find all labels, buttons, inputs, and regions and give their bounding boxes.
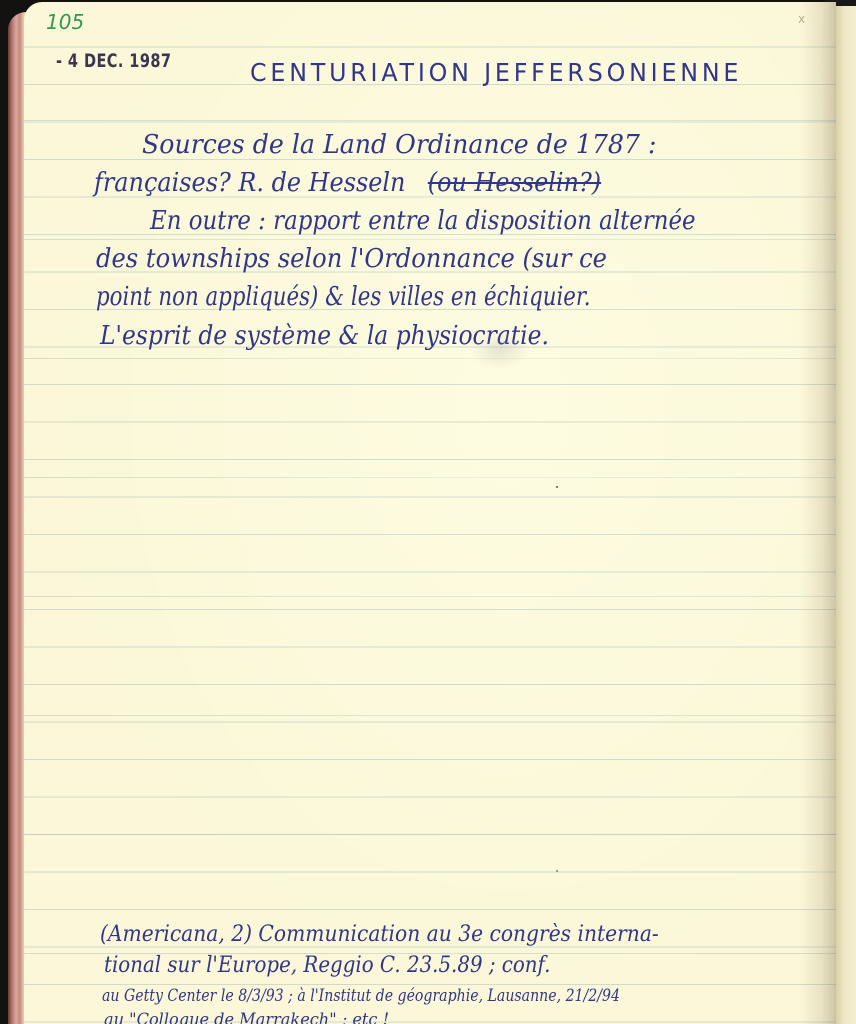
body-line-2: françaises? R. de Hesseln (ou Hesselin?)	[94, 168, 601, 198]
page-title: CENTURIATION JEFFERSONIENNE	[250, 58, 742, 87]
paper-speck	[556, 870, 558, 872]
paper-speck	[556, 486, 558, 488]
corner-mark: x	[798, 12, 805, 26]
footer-note-line-1: (Americana, 2) Communication au 3e congr…	[100, 922, 659, 947]
body-line-2-text: françaises? R. de Hesseln	[94, 168, 405, 198]
footer-note-line-2: tional sur l'Europe, Reggio C. 23.5.89 ;…	[104, 953, 550, 978]
body-line-4: des townships selon l'Ordonnance (sur ce	[96, 244, 607, 274]
body-line-1: Sources de la Land Ordinance de 1787 :	[142, 130, 656, 160]
body-line-3: En outre : rapport entre la disposition …	[150, 206, 696, 236]
page-number: 105	[46, 10, 84, 34]
footer-note-line-3: au Getty Center le 8/3/93 ; à l'Institut…	[102, 986, 620, 1006]
date-stamp: - 4 DEC. 1987	[56, 50, 171, 72]
struck-out-text: (ou Hesselin?)	[428, 168, 601, 198]
page-gutter-shadow	[800, 2, 836, 1024]
facing-page-edge	[836, 6, 856, 1024]
footer-note-line-4: au "Colloque de Marrakech" ; etc !	[104, 1010, 389, 1024]
body-line-5: point non appliqués) & les villes en éch…	[96, 282, 591, 312]
paper-stain	[470, 330, 530, 370]
notebook-spread: x 105 - 4 DEC. 1987 CENTURIATION JEFFERS…	[0, 0, 856, 1024]
